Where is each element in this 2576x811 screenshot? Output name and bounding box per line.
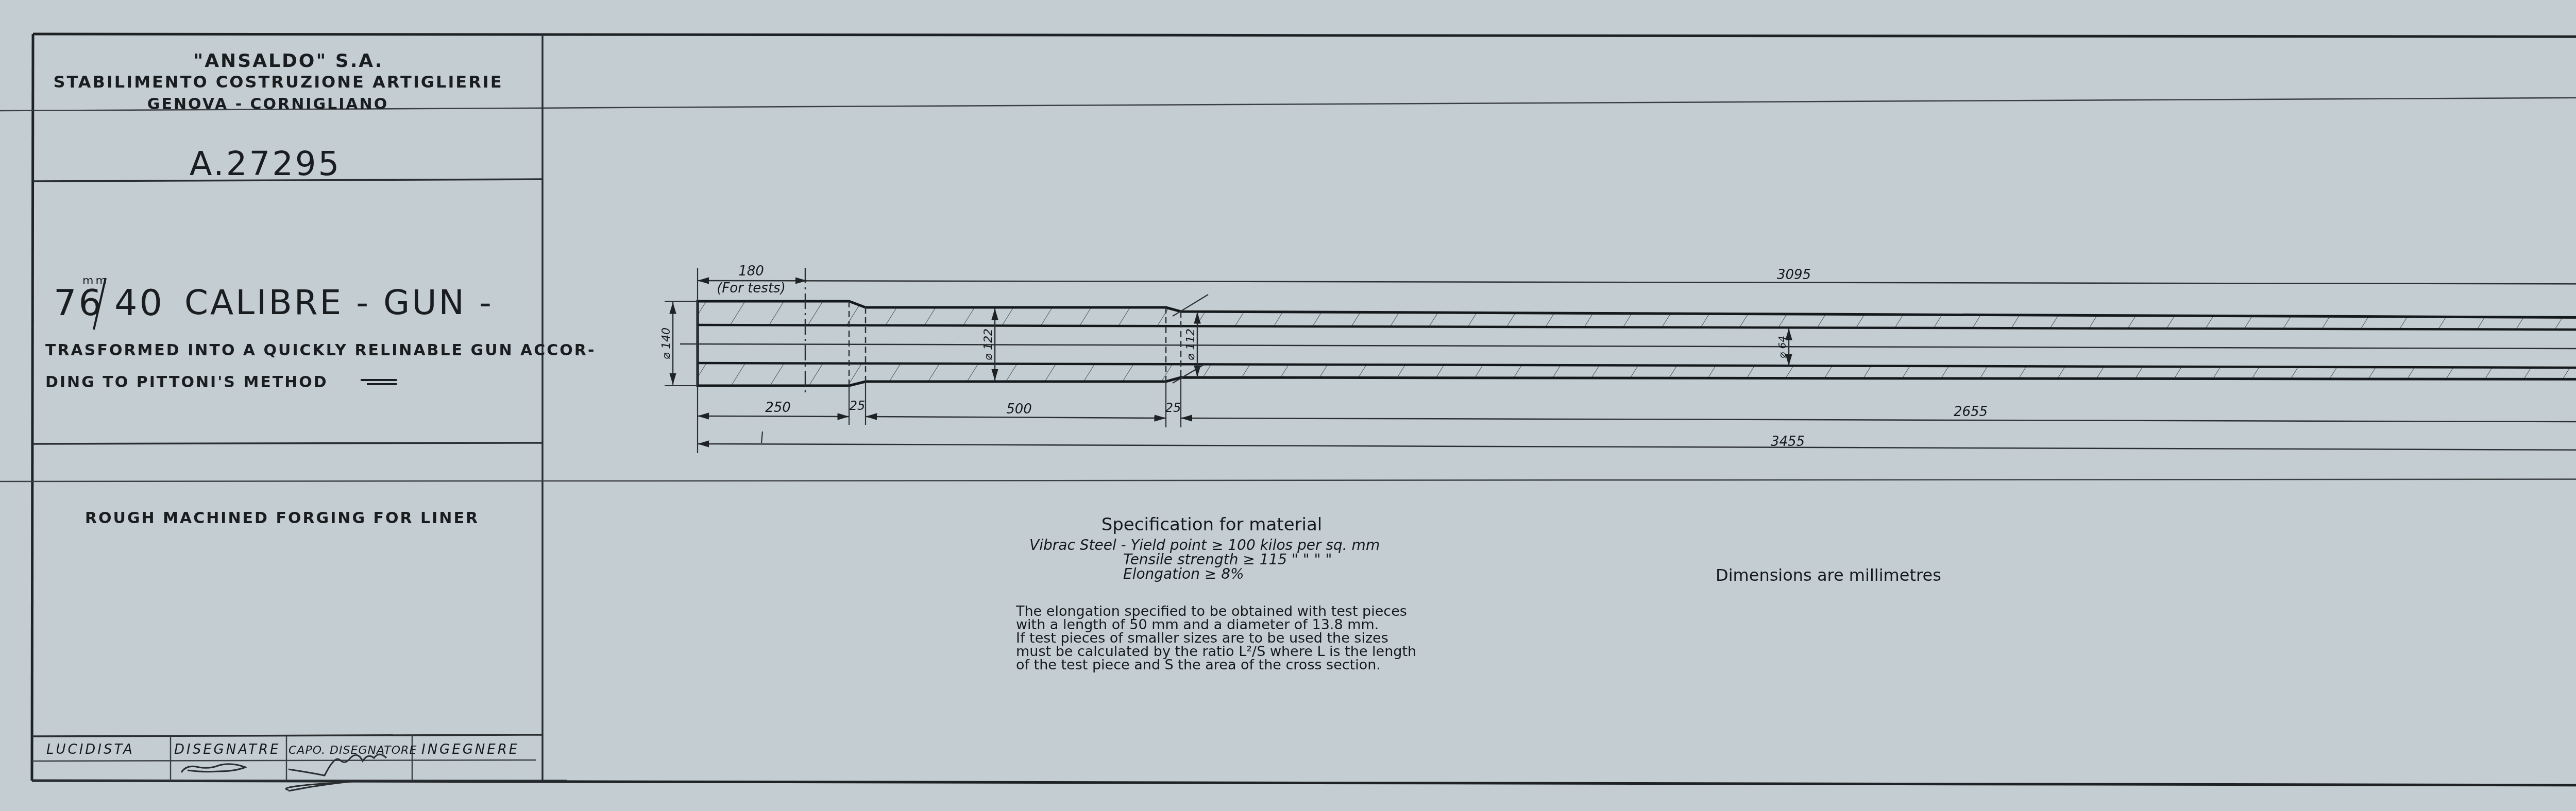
signature-header-disegnatre: DISEGNATRE (174, 742, 281, 757)
dim-test-left-note: (For tests) (717, 281, 786, 296)
blueprint-sheet: "ANSALDO" S.A. STABILIMENTO COSTRUZIONE … (0, 0, 2576, 811)
spec-heading: Specification for material (1101, 514, 1323, 535)
company-name: "ANSALDO" S.A. (193, 50, 383, 72)
units-note: Dimensions are millimetres (1716, 565, 1941, 585)
signature-header-ingegnere: INGEGNERE (421, 742, 519, 757)
subtitle-line-1: TRASFORMED INTO A QUICKLY RELINABLE GUN … (45, 341, 596, 359)
dim-overall-length-label: 3455 (1771, 434, 1805, 450)
dim-segment-5-label: 2655 (1954, 404, 1988, 420)
dim-test-left-length: 180 (738, 264, 764, 279)
dim-segment-4-label: 25 (1165, 401, 1181, 415)
dim-segment-1-label: 250 (765, 400, 791, 416)
part-name: ROUGH MACHINED FORGING FOR LINER (85, 509, 479, 527)
subtitle-line-2: DING TO PITTONI'S METHOD (45, 373, 328, 391)
dim-section3-diameter-label: ⌀ 112 (1184, 329, 1197, 360)
caliber-denominator: 40 (114, 282, 164, 324)
dim-top-length: 3095 (1777, 267, 1811, 283)
spec-note-line-5: of the test piece and S the area of the … (1016, 657, 1381, 673)
paper-background (0, 0, 2576, 811)
dim-bore-diameter-label: ⌀ 64 (1776, 336, 1788, 358)
spec-line-elongation: Elongation ≥ 8% (1123, 565, 1244, 582)
gun-title: CALIBRE - GUN - (184, 283, 494, 322)
dim-segment-2-label: 25 (850, 399, 866, 413)
dim-section2-diameter-label: ⌀ 122 (982, 329, 995, 360)
dim-segment-250 (698, 416, 849, 417)
company-division: STABILIMENTO COSTRUZIONE ARTIGLIERIE (53, 72, 503, 92)
signature-header-capo-disegnatore: CAPO. DISEGNATORE (289, 744, 417, 757)
dim-breech-diameter-label: ⌀ 140 (660, 327, 673, 359)
signature-header-lucidista: LUCIDISTA (46, 742, 134, 757)
company-location: GENOVA - CORNIGLIANO (147, 95, 388, 113)
dim-segment-3-label: 500 (1006, 402, 1032, 417)
drawing-number: A.27295 (190, 145, 342, 183)
